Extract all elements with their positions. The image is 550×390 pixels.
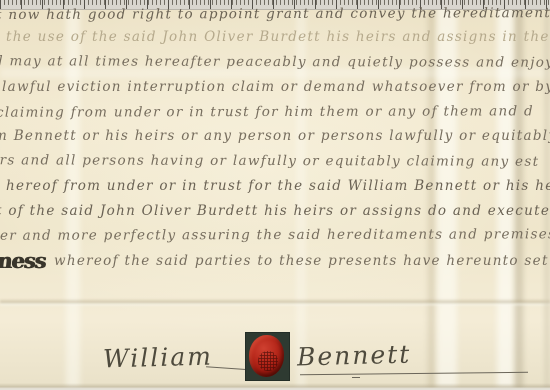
manuscript-line: hereof from under or in trust for the sa… xyxy=(6,180,550,194)
manuscript-line: claiming from under or in trust for him … xyxy=(0,105,534,120)
wax-seal-blob xyxy=(249,335,284,377)
parchment-bottom-edge xyxy=(0,383,550,390)
witness-blackletter-fragment: ness xyxy=(0,248,47,273)
manuscript-line: the use of the said John Oliver Burdett … xyxy=(6,31,550,45)
wax-seal xyxy=(245,332,290,381)
wax-seal-crosshatch xyxy=(258,351,278,371)
horizontal-fold-crease xyxy=(0,299,550,306)
manuscript-line: irs and all persons having or lawfully o… xyxy=(0,154,539,169)
manuscript-line: m Bennett or his heirs or any person or … xyxy=(0,130,550,144)
manuscript-line: er and more perfectly assuring the said … xyxy=(0,228,550,243)
document-scan: t now hath good right to appoint grant a… xyxy=(0,0,550,390)
manuscript-line: lawful eviction interruption claim or de… xyxy=(2,81,550,95)
manuscript-line: t now hath good right to appoint grant a… xyxy=(0,7,550,23)
manuscript-line: t of the said John Oliver Burdett his he… xyxy=(0,205,550,219)
signature-paraph-mark xyxy=(352,377,360,378)
manuscript-line: d may at all times hereafter peaceably a… xyxy=(0,55,550,70)
manuscript-line: whereof the said parties to these presen… xyxy=(54,255,550,269)
signature-bennett: Bennett xyxy=(297,340,412,372)
signature-underline-flourish xyxy=(300,372,528,375)
signature-william: William xyxy=(103,342,214,374)
